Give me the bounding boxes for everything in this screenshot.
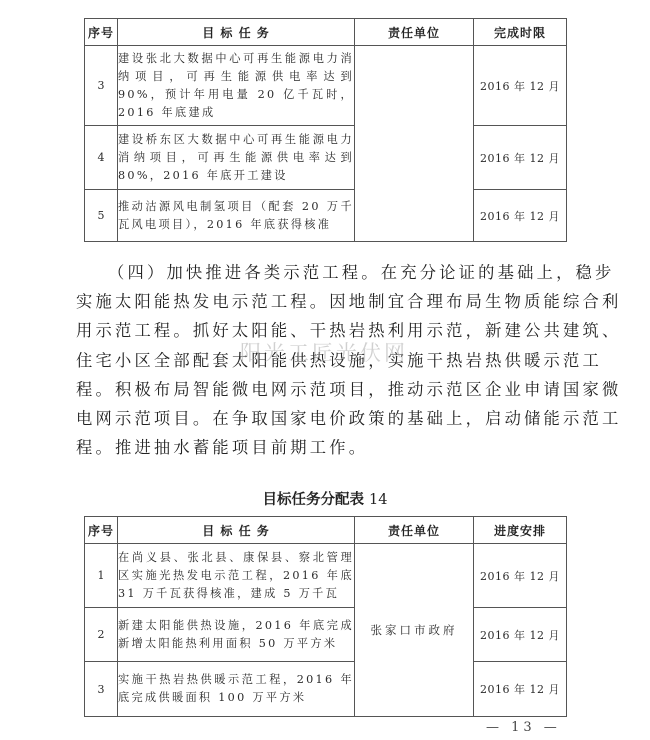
row-seq: 1 <box>85 544 118 608</box>
row-deadline: 2016 年 12 月 <box>474 190 567 242</box>
caption-title: 目标任务分配表 <box>262 492 364 508</box>
row-schedule: 2016 年 12 月 <box>474 608 567 662</box>
table-header-row: 序号 目 标 任 务 责任单位 完成时限 <box>85 19 567 46</box>
paragraph-line: 程。推进抽水蓄能项目前期工作。 <box>76 433 578 462</box>
row-unit: 张家口市政府 <box>355 544 474 717</box>
page-number: — 13 — <box>486 720 561 735</box>
header-task: 目 标 任 务 <box>118 19 355 46</box>
paragraph-line: 实施太阳能热发电示范工程。因地制宜合理布局生物质能综合利 <box>76 287 578 316</box>
row-seq: 4 <box>85 126 118 190</box>
row-seq: 3 <box>85 662 118 717</box>
table-row: 1 在尚义县、张北县、康保县、察北管理区实施光热发电示范工程，2016 年底 3… <box>85 544 567 608</box>
paragraph-line: 程。积极布局智能微电网示范项目，推动示范区企业申请国家微 <box>76 375 578 404</box>
row-task: 推动沽源风电制氢项目（配套 20 万千瓦风电项目），2016 年底获得核准 <box>118 190 355 242</box>
row-unit <box>355 46 474 242</box>
row-task: 新建太阳能供热设施，2016 年底完成新增太阳能热利用面积 50 万平方米 <box>118 608 355 662</box>
paragraph-line: 电网示范项目。在争取国家电价政策的基础上，启动储能示范工 <box>76 404 578 433</box>
row-task: 建设桥东区大数据中心可再生能源电力消纳项目，可再生能源供电率达到 80%，201… <box>118 126 355 190</box>
row-seq: 3 <box>85 46 118 126</box>
row-schedule: 2016 年 12 月 <box>474 662 567 717</box>
row-schedule: 2016 年 12 月 <box>474 544 567 608</box>
header-unit: 责任单位 <box>355 19 474 46</box>
table-row: 4 建设桥东区大数据中心可再生能源电力消纳项目，可再生能源供电率达到 80%，2… <box>85 126 567 190</box>
header-unit: 责任单位 <box>355 517 474 544</box>
row-seq: 2 <box>85 608 118 662</box>
header-task: 目 标 任 务 <box>118 517 355 544</box>
body-paragraph: （四）加快推进各类示范工程。在充分论证的基础上，稳步 实施太阳能热发电示范工程。… <box>76 258 578 462</box>
row-task: 实施干热岩热供暖示范工程，2016 年底完成供暖面积 100 万平方米 <box>118 662 355 717</box>
row-task: 在尚义县、张北县、康保县、察北管理区实施光热发电示范工程，2016 年底 31 … <box>118 544 355 608</box>
header-deadline: 完成时限 <box>474 19 567 46</box>
task-table-14: 序号 目 标 任 务 责任单位 进度安排 1 在尚义县、张北县、康保县、察北管理… <box>84 516 567 717</box>
caption-number: 14 <box>369 492 387 508</box>
header-seq: 序号 <box>85 19 118 46</box>
paragraph-line: 用示范工程。抓好太阳能、干热岩热利用示范，新建公共建筑、 <box>76 316 578 345</box>
header-schedule: 进度安排 <box>474 517 567 544</box>
row-task: 建设张北大数据中心可再生能源电力消纳项目，可再生能源供电率达到 90%，预计年用… <box>118 46 355 126</box>
table-caption: 目标任务分配表 14 <box>0 488 650 509</box>
row-deadline: 2016 年 12 月 <box>474 46 567 126</box>
table-row: 5 推动沽源风电制氢项目（配套 20 万千瓦风电项目），2016 年底获得核准 … <box>85 190 567 242</box>
table-row: 3 实施干热岩热供暖示范工程，2016 年底完成供暖面积 100 万平方米 20… <box>85 662 567 717</box>
table-row: 3 建设张北大数据中心可再生能源电力消纳项目，可再生能源供电率达到 90%，预计… <box>85 46 567 126</box>
header-seq: 序号 <box>85 517 118 544</box>
table-row: 2 新建太阳能供热设施，2016 年底完成新增太阳能热利用面积 50 万平方米 … <box>85 608 567 662</box>
table-header-row: 序号 目 标 任 务 责任单位 进度安排 <box>85 517 567 544</box>
paragraph-line: （四）加快推进各类示范工程。在充分论证的基础上，稳步 <box>76 258 578 287</box>
task-table-continued: 序号 目 标 任 务 责任单位 完成时限 3 建设张北大数据中心可再生能源电力消… <box>84 18 567 242</box>
row-deadline: 2016 年 12 月 <box>474 126 567 190</box>
row-seq: 5 <box>85 190 118 242</box>
paragraph-line: 住宅小区全部配套太阳能供热设施，实施干热岩热供暖示范工 <box>76 346 578 375</box>
